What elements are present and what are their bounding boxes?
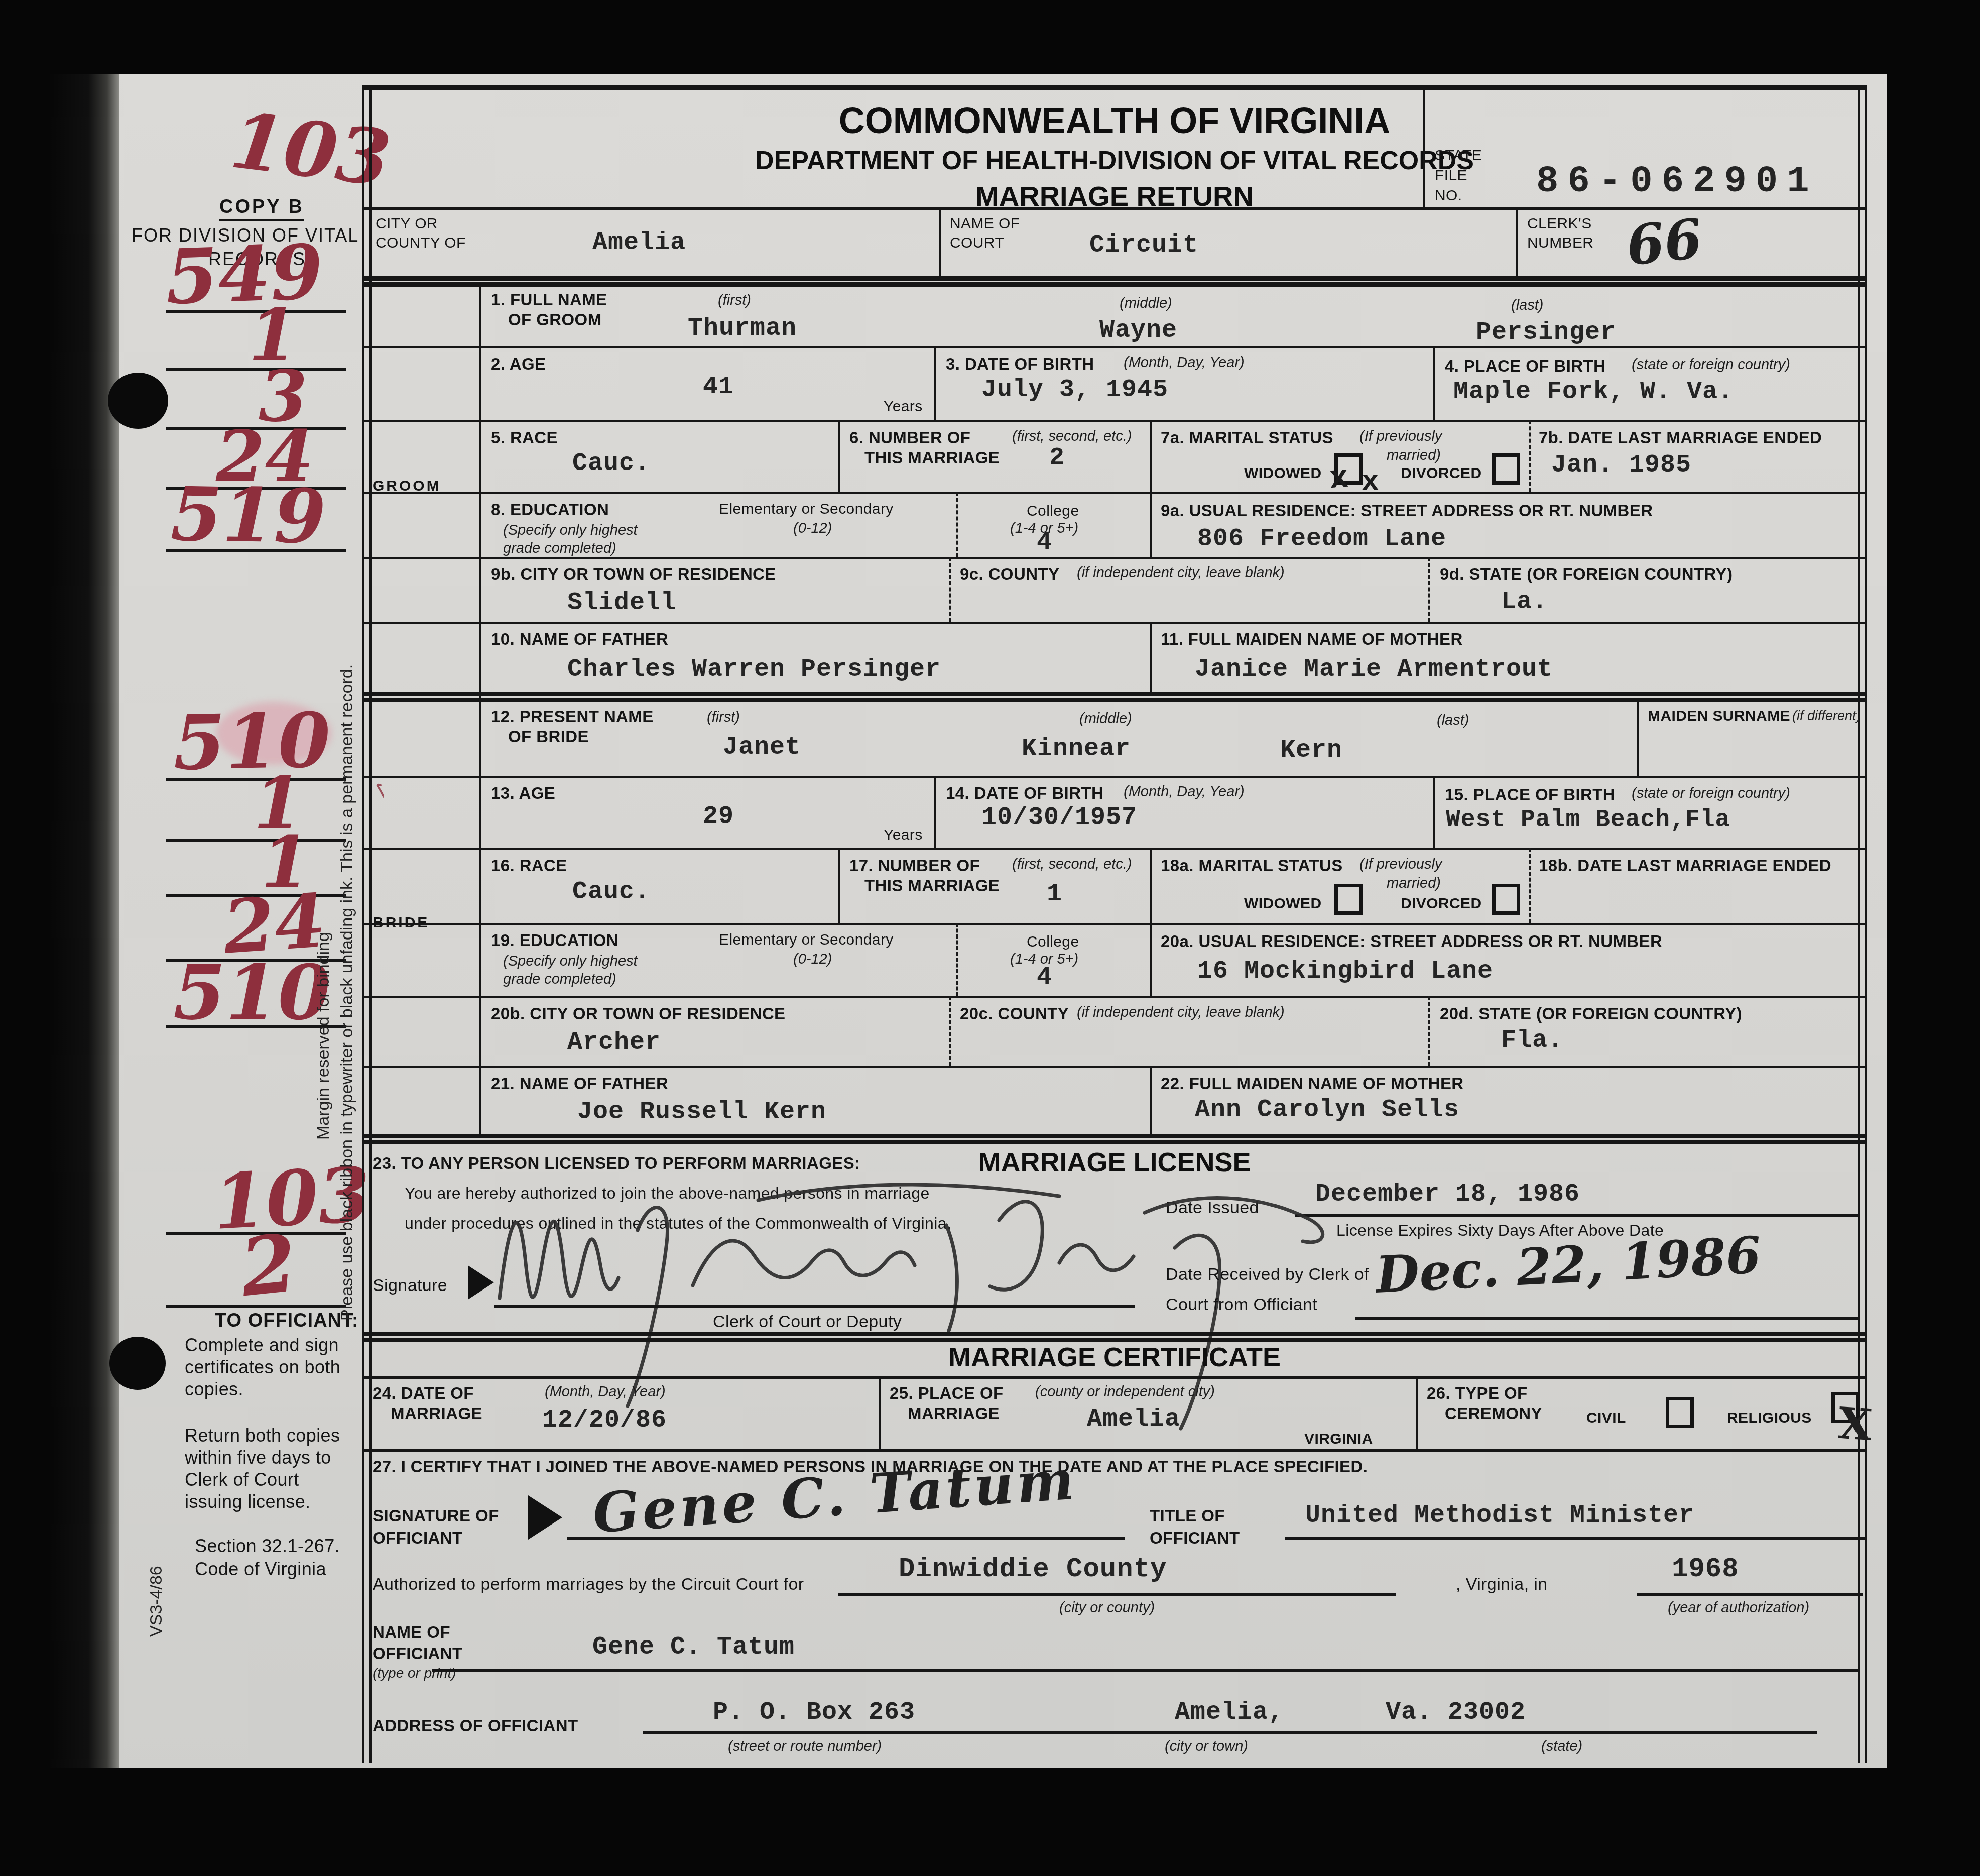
field-label: 20c. COUNTY [960,1004,1069,1024]
state-file-label: FILE [1435,167,1467,184]
field-label: 7a. MARITAL STATUS [1161,428,1333,448]
officiant-instruction: Complete and sign [185,1335,339,1356]
bride-city: Archer [567,1028,661,1057]
field-label: 9d. STATE (OR FOREIGN COUNTRY) [1440,565,1732,584]
field-label: 9b. CITY OR TOWN OF RESIDENCE [491,565,776,584]
religious-label: RELIGIOUS [1727,1409,1812,1427]
bride-middle-name: Kinnear [1022,735,1131,763]
officiant-instruction: issuing license. [185,1491,311,1512]
field-label: 9c. COUNTY [960,565,1059,584]
field-label: 10. NAME OF FATHER [491,630,668,649]
groom-education: 4 [1037,528,1052,557]
punch-hole-top [108,373,168,429]
field-label: 1. FULL NAME [491,290,607,310]
field-hint: (state or foreign country) [1632,357,1790,373]
authorized-label: Authorized to perform marriages by the C… [373,1574,804,1594]
groom-father: Charles Warren Persinger [567,655,941,684]
groom-mother: Janice Marie Armentrout [1195,655,1553,684]
field-hint: (if independent city, leave blank) [1077,1004,1285,1021]
city-county-label: CITY OR [376,215,438,232]
officiant-instruction: copies. [185,1379,243,1400]
field-label: THIS MARRIAGE [864,448,1000,468]
margin-number: 519 [170,477,326,553]
court-label: NAME OF [950,215,1020,232]
field-hint: (Month, Day, Year) [1124,784,1245,800]
civil-label: CIVIL [1586,1409,1626,1427]
groom-pob: Maple Fork, W. Va. [1453,378,1734,406]
field-label: 14. DATE OF BIRTH [946,784,1103,803]
officiant-address-state-zip: Va. 23002 [1386,1698,1526,1727]
virginia-label: VIRGINIA [1304,1430,1373,1448]
bride-marriage-number: 1 [1047,880,1062,908]
officiant-instruction: Clerk of Court [185,1469,299,1490]
groom-state: La. [1501,588,1548,616]
field-label: THIS MARRIAGE [864,876,1000,896]
groom-last-marriage-ended: Jan. 1985 [1551,451,1691,480]
bride-widowed-checkbox [1334,884,1363,915]
field-label: MARRIAGE [908,1404,1000,1424]
field-hint: (county or independent city) [1035,1384,1215,1400]
divorced-checkbox [1492,453,1520,485]
officiant-instruction: Return both copies [185,1425,340,1446]
address-of-officiant-label: ADDRESS OF OFFICIANT [373,1716,578,1736]
bride-age: 29 [703,802,734,831]
title-of-officiant-label: TITLE OF [1150,1506,1225,1526]
field-label: 20b. CITY OR TOWN OF RESIDENCE [491,1004,786,1024]
field-label: 6. NUMBER OF [849,428,970,448]
clerk-number-label: NUMBER [1527,234,1593,252]
field-hint: (state) [1541,1738,1582,1755]
state-file-label: NO. [1435,187,1462,204]
field-hint: (if different) [1792,708,1861,724]
binding-edge [50,74,119,1768]
field-hint: (first, second, etc.) [1012,856,1132,873]
field-label: 18a. MARITAL STATUS [1161,856,1343,876]
years-label: Years [884,398,923,415]
field-hint: (city or county) [1059,1600,1155,1616]
officiant-title-value: United Methodist Minister [1305,1501,1694,1530]
title-of-officiant-label: OFFICIANT [1150,1529,1240,1548]
ribbon-note: Please use black ribbon in typewriter or… [337,477,357,1321]
field-hint: (first) [707,709,740,726]
field-label: 5. RACE [491,428,558,448]
field-label: CEREMONY [1445,1404,1542,1424]
groom-city: Slidell [567,589,676,617]
field-label: 21. NAME OF FATHER [491,1074,668,1094]
bride-father: Joe Russell Kern [577,1098,826,1126]
state-file-label: STATE [1435,147,1482,164]
field-hint: (If previously [1359,856,1442,873]
bride-education: 4 [1037,963,1052,992]
field-hint: (street or route number) [728,1738,882,1755]
name-of-officiant-label: NAME OF [373,1623,450,1643]
groom-race: Cauc. [572,449,650,478]
signature-of-officiant-label: SIGNATURE OF [373,1506,499,1526]
field-hint: (0-12) [793,520,832,537]
groom-dob: July 3, 1945 [981,376,1168,404]
court-label: COURT [950,234,1004,252]
bride-state: Fla. [1501,1026,1563,1055]
field-hint: (Month, Day, Year) [545,1384,666,1400]
field-hint: (middle) [1120,295,1172,312]
officiant-address-city: Amelia, [1175,1698,1284,1727]
field-hint: (type or print) [373,1665,456,1681]
field-hint: grade completed) [503,540,616,557]
field-label: 26. TYPE OF [1427,1384,1528,1403]
field-label: 12. PRESENT NAME [491,707,654,727]
divorced-label: DIVORCED [1401,895,1482,912]
field-hint: grade completed) [503,971,616,988]
margin-number: 2 [237,1224,300,1309]
signature-label: Signature [373,1275,447,1296]
officiant-address-street: P. O. Box 263 [713,1698,915,1727]
field-label: 7b. DATE LAST MARRIAGE ENDED [1539,428,1822,448]
field-label: 18b. DATE LAST MARRIAGE ENDED [1539,856,1831,876]
bride-last-name: Kern [1280,736,1342,765]
bride-mother: Ann Carolyn Sells [1195,1096,1459,1124]
bride-street: 16 Mockingbird Lane [1197,957,1493,986]
maiden-surname-label: MAIDEN SURNAME [1648,707,1790,725]
field-hint: College [1027,933,1079,951]
field-hint: (state or foreign country) [1632,785,1790,802]
officiant-signature-arrow-icon [528,1495,562,1540]
signature-arrow-icon [468,1265,494,1300]
authorized-year: 1968 [1672,1554,1739,1585]
field-label: 20a. USUAL RESIDENCE: STREET ADDRESS OR … [1161,932,1662,952]
city-county-label: COUNTY OF [376,234,466,252]
margin-number: 510 [173,702,331,780]
bride-dob: 10/30/1957 [981,803,1137,832]
civil-checkbox [1666,1397,1694,1428]
religious-x-mark: X [1837,1398,1874,1451]
clerk-number-value: 66 [1624,207,1705,278]
date-received-label: Court from Officiant [1166,1295,1317,1315]
bride-pob: West Palm Beach,Fla [1446,806,1730,834]
signature-of-officiant-label: OFFICIANT [373,1529,463,1548]
punch-hole-bottom [109,1337,166,1390]
field-label: OF GROOM [508,310,602,330]
groom-first-name: Thurman [688,314,797,343]
copy-label: COPY B [219,196,304,221]
field-hint: (Specify only highest [503,522,638,539]
certificate-title: MARRIAGE CERTIFICATE [703,1342,1526,1373]
field-hint: (If previously [1359,428,1442,445]
margin-number: 549 [164,234,324,315]
field-hint: (if independent city, leave blank) [1077,565,1285,581]
officiant-instruction: within five days to [185,1447,331,1468]
form-code: VS3-4/86 [147,1496,166,1637]
field-label: 25. PLACE OF [890,1384,1004,1403]
field-label: 16. RACE [491,856,567,876]
field-hint: (last) [1511,297,1543,314]
margin-number: 510 [173,955,330,1030]
court-value: Circuit [1089,231,1198,260]
field-label: 9a. USUAL RESIDENCE: STREET ADDRESS OR R… [1161,501,1653,521]
field-label: 15. PLACE OF BIRTH [1445,785,1615,805]
groom-street: 806 Freedom Lane [1197,525,1446,553]
authorized-place: Dinwiddie County [899,1554,1167,1585]
field-label: 17. NUMBER OF [849,856,980,876]
field-hint: married) [1387,447,1441,464]
field-hint: married) [1387,875,1441,892]
field-label: MARRIAGE [391,1404,482,1424]
clerk-number-label: CLERK'S [1527,215,1592,232]
officiant-instruction: certificates on both [185,1357,340,1378]
field-hint: (0-12) [793,951,832,968]
divorced-label: DIVORCED [1401,464,1482,482]
code-reference: Section 32.1-267. [195,1536,340,1557]
date-received-label: Date Received by Clerk of [1166,1264,1369,1284]
virginia-in-label: , Virginia, in [1456,1574,1548,1594]
field-hint: (Month, Day, Year) [1124,355,1245,371]
field-label: 22. FULL MAIDEN NAME OF MOTHER [1161,1074,1464,1094]
groom-marriage-number: 2 [1049,444,1065,473]
bride-divorced-checkbox [1492,884,1520,915]
field-hint: (Specify only highest [503,953,638,970]
field-label: 19. EDUCATION [491,931,618,951]
field-label: 13. AGE [491,784,555,803]
groom-middle-name: Wayne [1099,316,1177,345]
groom-age: 41 [703,373,734,401]
name-of-officiant-label: OFFICIANT [373,1644,463,1664]
widowed-label: WIDOWED [1244,464,1321,482]
field-hint: (first) [718,292,751,309]
field-label: OF BRIDE [508,727,589,747]
field-hint: Elementary or Secondary [719,931,894,949]
commonwealth-title: COMMONWEALTH OF VIRGINIA [653,100,1576,142]
code-reference: Code of Virginia [195,1559,326,1580]
marriage-place: Amelia [1087,1405,1180,1434]
widowed-label: WIDOWED [1244,895,1321,912]
groom-last-name: Persinger [1476,318,1616,347]
field-label: 3. DATE OF BIRTH [946,355,1094,374]
state-file-number: 86-062901 [1536,161,1818,203]
field-hint: (first, second, etc.) [1012,428,1132,445]
binding-note: Margin reserved for binding [314,623,333,1140]
field-label: 11. FULL MAIDEN NAME OF MOTHER [1161,630,1463,649]
field-hint: (year of authorization) [1668,1600,1809,1616]
officiant-name-value: Gene C. Tatum [592,1633,795,1662]
city-county-value: Amelia [592,228,686,257]
bride-first-name: Janet [723,733,801,762]
field-hint: (city or town) [1165,1738,1248,1755]
field-label: 2. AGE [491,355,546,374]
field-hint: Elementary or Secondary [719,500,894,518]
field-label: 20d. STATE (OR FOREIGN COUNTRY) [1440,1004,1742,1024]
field-hint: (middle) [1079,711,1132,727]
bride-race: Cauc. [572,878,650,906]
field-hint: College [1027,502,1079,520]
field-label: 4. PLACE OF BIRTH [1445,357,1605,376]
years-label: Years [884,826,923,844]
marriage-date: 12/20/86 [542,1406,667,1435]
field-hint: (last) [1437,712,1469,729]
clerk-caption: Clerk of Court or Deputy [713,1312,902,1332]
scanned-marriage-return: 103 COPY B FOR DIVISION OF VITAL RECORDS… [0,0,1980,1876]
field-label: 8. EDUCATION [491,500,609,520]
field-label: 24. DATE OF [373,1384,474,1403]
